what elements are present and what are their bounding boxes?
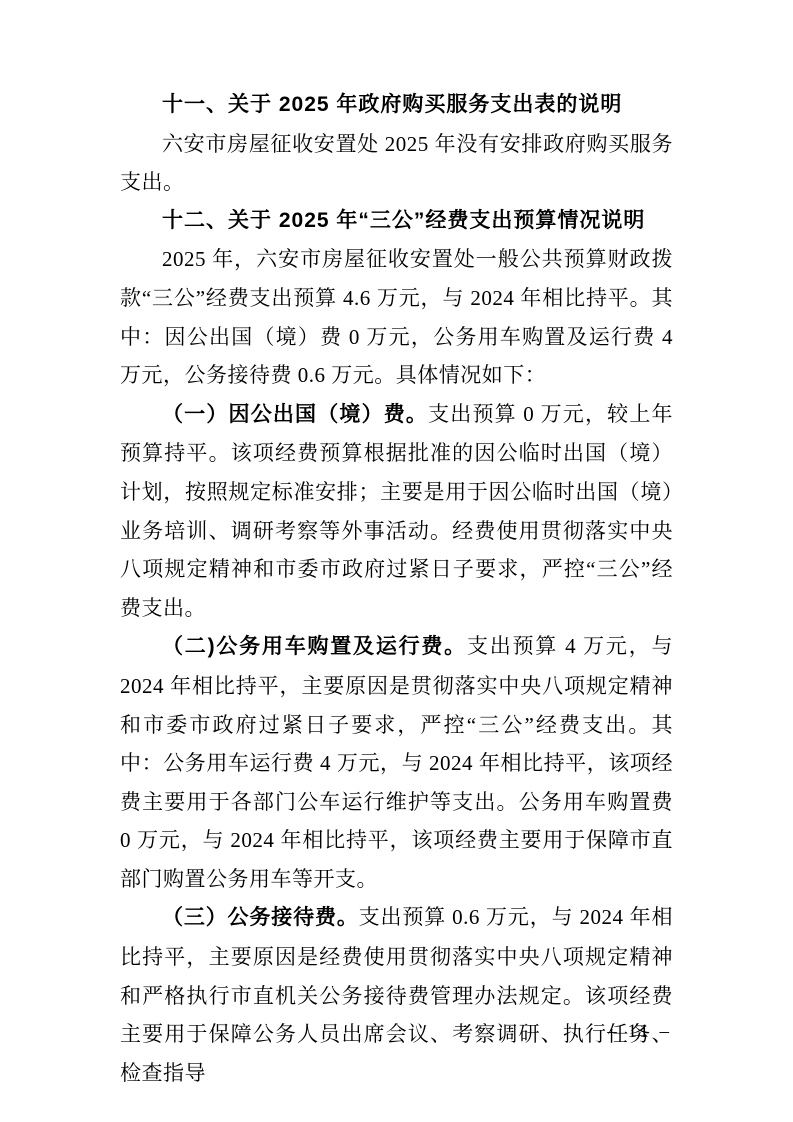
section-12-item-2: （二)公务用车购置及运行费。支出预算 4 万元，与 2024 年相比持平，主要原… <box>120 627 673 898</box>
page-number: – 11 – <box>607 1020 672 1044</box>
section-11-heading: 十一、关于 2025 年政府购买服务支出表的说明 <box>120 86 673 125</box>
section-12-heading: 十二、关于 2025 年“三公”经费支出预算情况说明 <box>120 202 673 241</box>
item-2-lead: （二)公务用车购置及运行费。 <box>162 635 467 658</box>
section-12-item-1: （一）因公出国（境）费。支出预算 0 万元，较上年预算持平。该项经费预算根据批准… <box>120 395 673 628</box>
document-page: 十一、关于 2025 年政府购买服务支出表的说明 六安市房屋征收安置处 2025… <box>0 0 793 1122</box>
item-2-body: 支出预算 4 万元，与 2024 年相比持平，主要原因是贯彻落实中央八项规定精神… <box>120 634 673 891</box>
document-content: 十一、关于 2025 年政府购买服务支出表的说明 六安市房屋征收安置处 2025… <box>120 86 673 1092</box>
section-11-paragraph: 六安市房屋征收安置处 2025 年没有安排政府购买服务支出。 <box>120 125 673 202</box>
item-1-lead: （一）因公出国（境）费。 <box>162 403 428 426</box>
item-3-lead: （三）公务接待费。 <box>162 906 359 929</box>
section-12-item-3: （三）公务接待费。支出预算 0.6 万元，与 2024 年相比持平，主要原因是经… <box>120 898 673 1092</box>
item-1-body: 支出预算 0 万元，较上年预算持平。该项经费预算根据批准的因公临时出国（境）计划… <box>120 402 673 620</box>
item-3-body: 支出预算 0.6 万元，与 2024 年相比持平，主要原因是经费使用贯彻落实中央… <box>120 905 673 1084</box>
section-12-intro: 2025 年，六安市房屋征收安置处一般公共预算财政拨款“三公”经费支出预算 4.… <box>120 240 673 394</box>
